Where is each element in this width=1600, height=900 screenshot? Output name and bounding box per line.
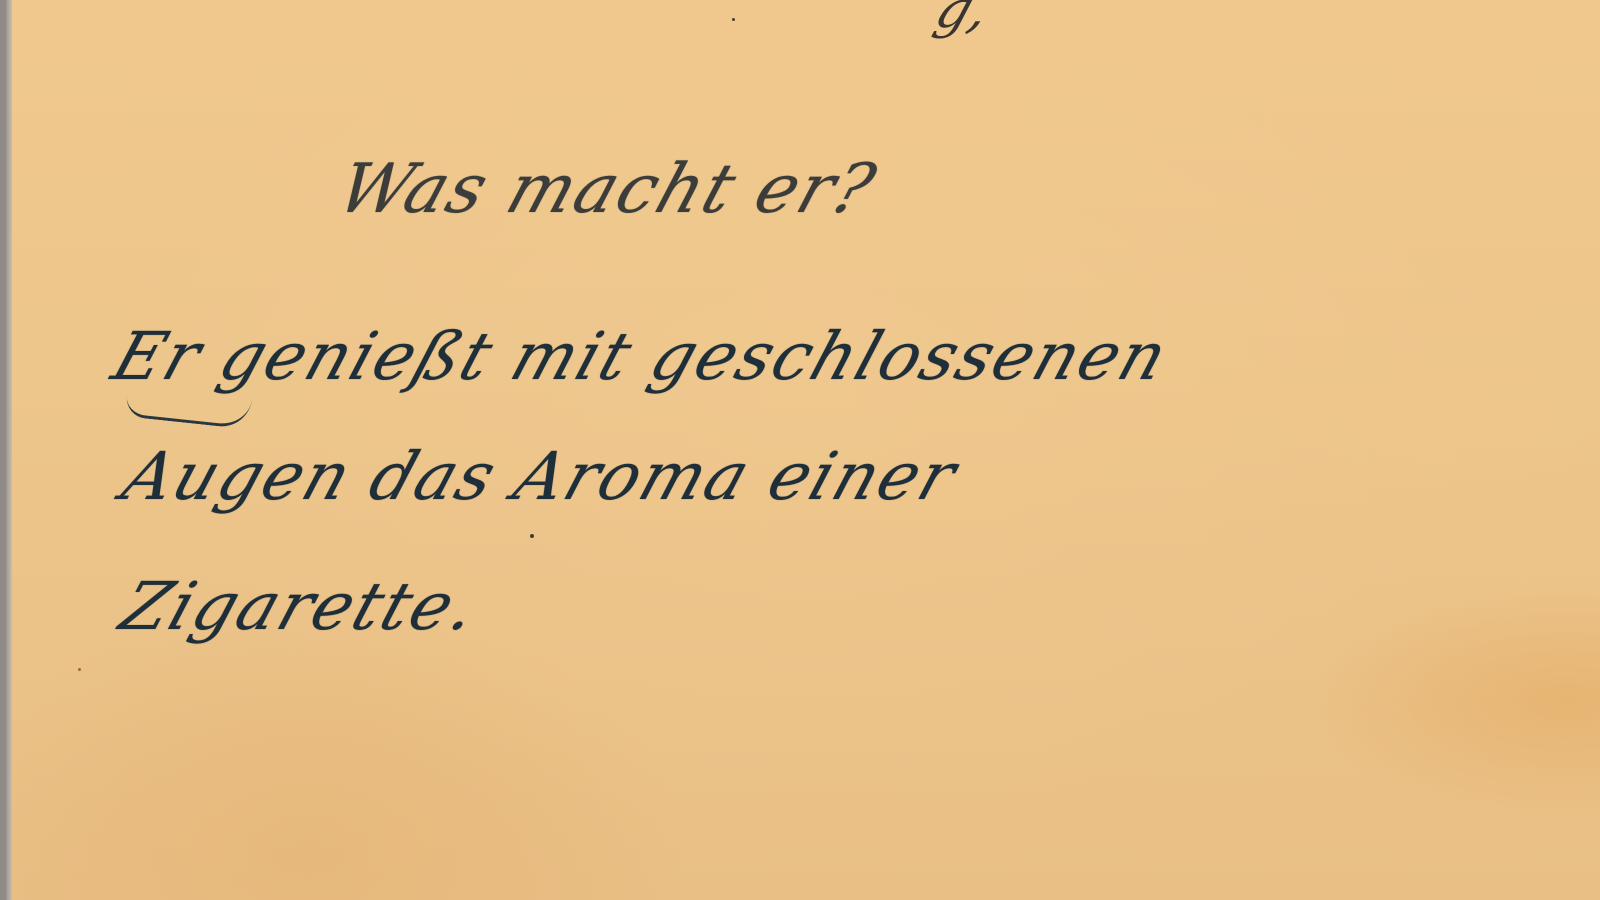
paper-left-edge: [6, 0, 12, 900]
handwriting-top-fragment: g,: [928, 0, 997, 40]
paper-speck: [732, 18, 735, 21]
handwriting-answer-line-2: Augen das Aroma einer: [113, 438, 967, 515]
paper-speck: [78, 668, 81, 671]
handwriting-question: Was macht er?: [328, 150, 886, 229]
handwriting-answer-line-3: Zigarette.: [111, 568, 488, 645]
handwriting-answer-line-1: Er genießt mit geschlossenen: [103, 318, 1178, 395]
aged-paper-sheet: g, Was macht er? Er genießt mit geschlos…: [6, 0, 1600, 900]
paper-speck: [530, 534, 534, 538]
